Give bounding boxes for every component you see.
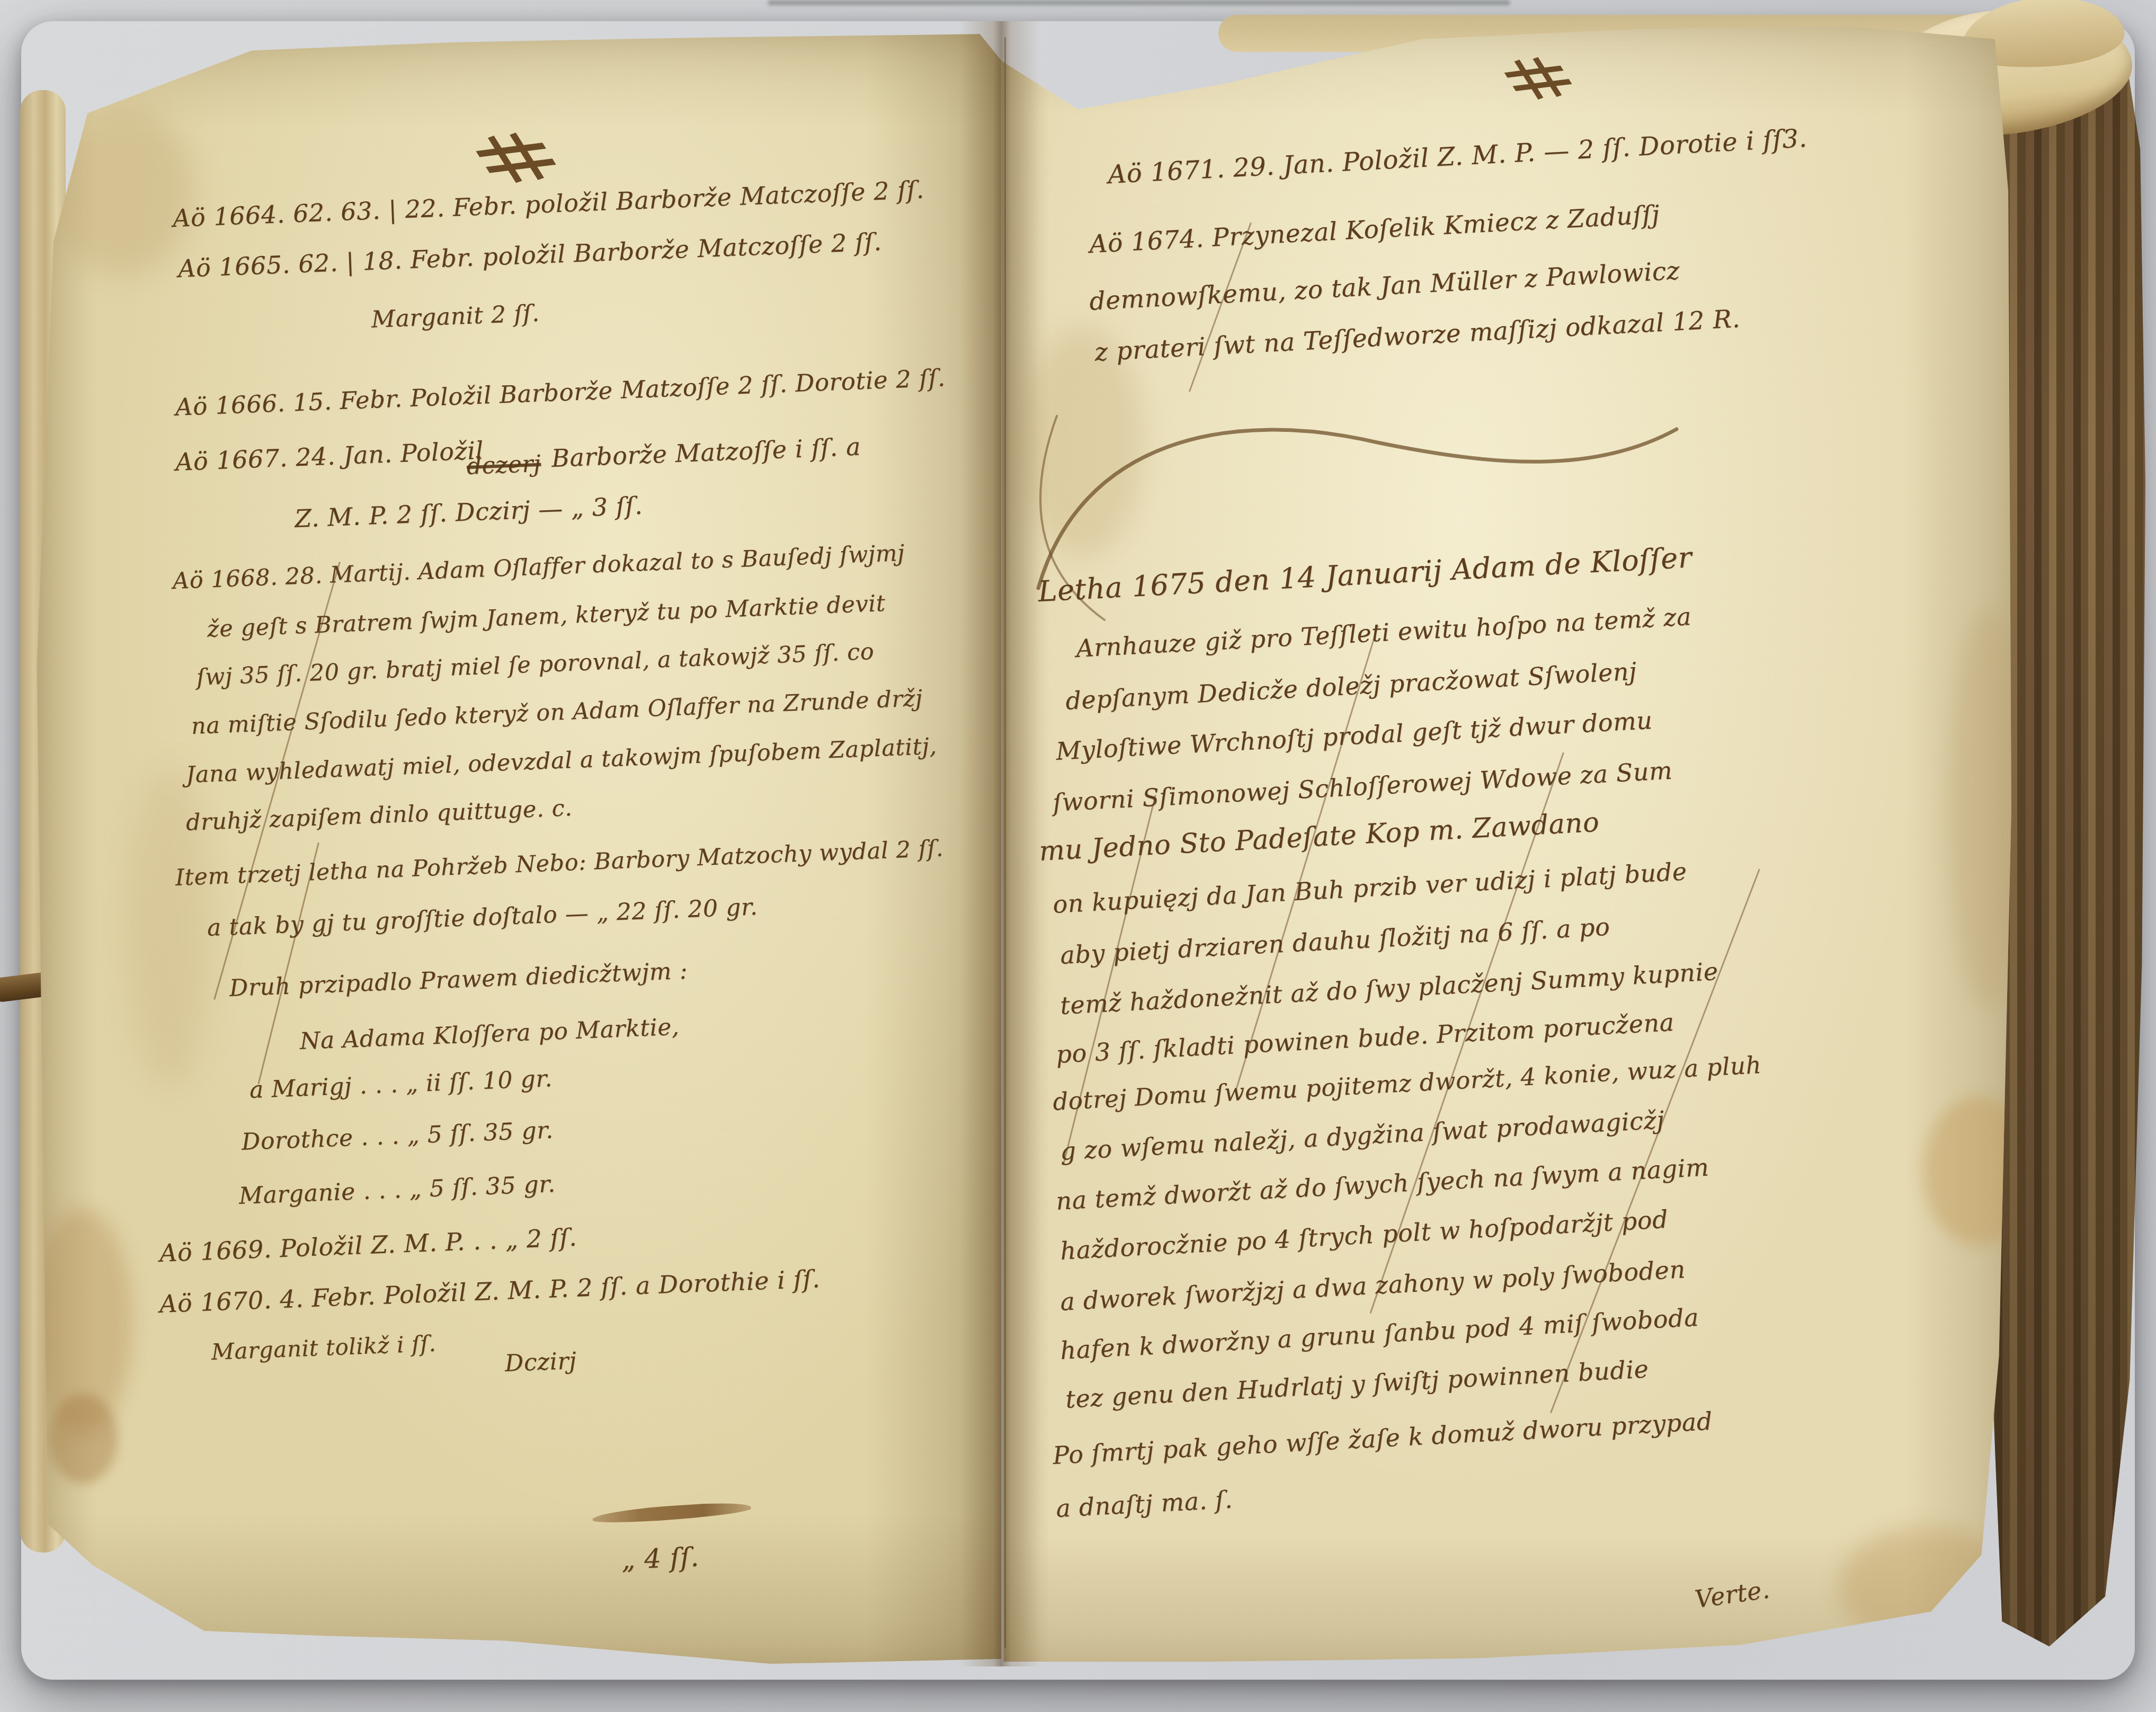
manuscript-line: g zo wſemu naležj, a dygžina ſwat prodaw… [1059,1105,1665,1166]
manuscript-line: hafen k dworžny a grunu ſanbu pod 4 miſ … [1059,1303,1699,1365]
manuscript-line: Aö 1669. Položil Z. M. P. . . „ 2 ſſ. [159,1223,577,1267]
gutter-shadow [960,21,1039,1666]
manuscript-line: demnowſkemu, zo tak Jan Müller z Pawlowi… [1089,256,1680,316]
right-page: # Aö 1671. 29. Jan. Položil Z. M. P. — 2… [999,16,2029,1685]
manuscript-line: Druh przipadlo Prawem diedicžtwjm : [229,957,688,1002]
manuscript-line: Jana wyhledawatj miel, odevzdal a takowj… [185,733,938,788]
manuscript-line: že geſt s Bratrem ſwjm Janem, kteryž tu … [207,590,886,643]
manuscript-line: a dnaſtj ma. ſ. [1055,1485,1233,1523]
manuscript-photo: # Aö 1664. 62. 63. | 22. Febr. položil B… [0,0,2156,1712]
manuscript-line: na temž dworžt až do ſwych ſyech na ſwym… [1055,1152,1710,1216]
manuscript-line: Aö 1664. 62. 63. | 22. Febr. položil Bar… [172,175,925,233]
manuscript-line: druhjž zapiſem dinlo quittuge. c. [185,795,573,836]
manuscript-line: on kupuięzj da Jan Buh przib ver udizj i… [1052,857,1688,919]
manuscript-line: dczerj [466,450,541,480]
manuscript-line: Marganie . . . „ 5 ſſ. 35 gr. [238,1170,556,1210]
manuscript-line: Dczirj [504,1347,577,1377]
manuscript-line: Verte. [1693,1575,1771,1613]
manuscript-line: Po ſmrtj pak geho wſſe žaſe k domuž dwor… [1052,1407,1713,1470]
left-page-text-layer: # Aö 1664. 62. 63. | 22. Febr. položil B… [29,29,1001,1677]
manuscript-line: Aö 1665. 62. | 18. Febr. položil Barborž… [177,227,882,283]
manuscript-line: tez genu den Hudrlatj y ſwiſtj powinnen … [1065,1354,1650,1414]
manuscript-line: Myloſtiwe Wrchnoſtj prodal geſt tjž dwur… [1055,706,1653,766]
manuscript-line: Dorothce . . . „ 5 ſſ. 35 gr. [241,1116,554,1156]
manuscript-line: Aö 1666. 15. Febr. Položil Barborže Matz… [175,363,946,421]
right-page-text-layer: # Aö 1671. 29. Jan. Položil Z. M. P. — 2… [999,16,2029,1685]
left-page: # Aö 1664. 62. 63. | 22. Febr. položil B… [29,29,1001,1677]
manuscript-line: Aö 1674. Przynezal Koſelik Kmiecz z Zadu… [1089,200,1661,259]
manuscript-line: z prateri ſwt na Teſſedworze maſſizj odk… [1094,304,1741,367]
manuscript-line: Aö 1671. 29. Jan. Položil Z. M. P. — 2 ſ… [1107,123,1808,190]
manuscript-line: a tak by gj tu groſſtie doſtalo — „ 22 ſ… [207,893,758,942]
ink-sum-rule [592,1501,751,1525]
manuscript-line: Marganit 2 ſſ. [371,300,540,333]
manuscript-line: Z. M. P. 2 ſſ. Dczirj — „ 3 ſſ. [294,491,643,533]
manuscript-line: haždorocžnie po 4 ſtrych polt w hoſpodar… [1059,1205,1669,1265]
manuscript-line: Marganit tolikž i ſſ. [211,1330,436,1365]
table-edge-shadow [768,0,1510,5]
manuscript-line: ſwj 35 ſſ. 20 gr. bratj miel ſe porovnal… [196,638,875,691]
cancellation-hash-icon: # [1481,39,1593,119]
manuscript-line: Barborže Matzoſſe i ſſ. a [551,432,861,473]
manuscript-line: Aö 1670. 4. Febr. Položil Z. M. P. 2 ſſ.… [159,1264,821,1318]
manuscript-line: Aö 1668. 28. Martij. Adam Oſlaffer dokaz… [172,540,905,595]
manuscript-line: aby pietj drziaren dauhu ſložitj na 6 ſſ… [1059,912,1611,970]
manuscript-line: na miſtie Sſodilu ſedo kteryž on Adam Oſ… [191,685,923,740]
manuscript-line: a Marigj . . . „ ii ſſ. 10 gr. [249,1065,553,1104]
manuscript-line: depſanym Dedicže doležj pracžowat Sſwole… [1065,657,1637,715]
manuscript-line: Aö 1667. 24. Jan. Položil [175,436,484,476]
manuscript-line: Na Adama Kloſſera po Marktie, [299,1013,680,1054]
manuscript-line: Item trzetj letha na Pohržeb Nebo: Barbo… [175,835,944,891]
stain [49,1394,118,1484]
gutter-stitching-crease [1004,37,1006,1648]
manuscript-line: „ 4 ſſ. [621,1541,700,1575]
